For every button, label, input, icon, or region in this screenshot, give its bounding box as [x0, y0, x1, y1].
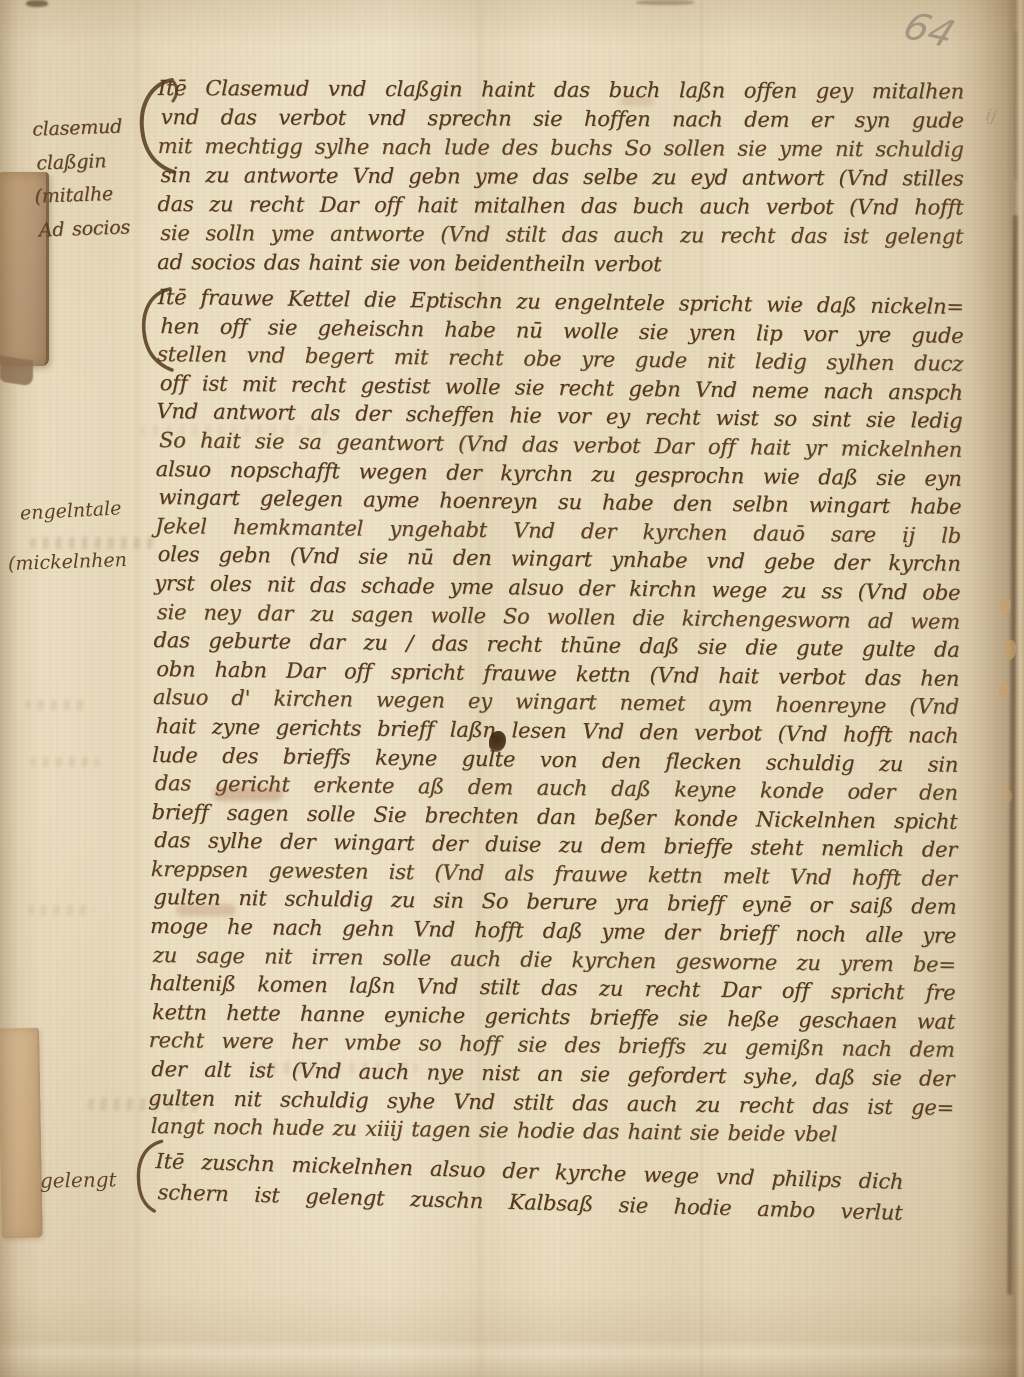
manuscript-line: Itē Clasemud vnd claßgin haint das buch …: [158, 74, 964, 107]
margin-note-parties: clasemudclaßgin(mitalheAd socios: [32, 110, 131, 247]
edge-speck: [26, 0, 48, 7]
fore-edge-line: [1014, 30, 1018, 180]
entry-paragraph-3: Itē zuschn mickelnhen alsuo der kyrche w…: [154, 1146, 903, 1229]
margin-note-engelntale: engelntale: [19, 497, 122, 524]
entry-paragraph-1: Itē Clasemud vnd claßgin haint das buch …: [157, 74, 964, 281]
manuscript-page: 64 ij clasemudclaßgin(mitalheAd socios e…: [0, 0, 1024, 1377]
stain: [620, 96, 654, 106]
bleedthrough-mark: [25, 700, 87, 710]
rust-stain: [213, 787, 283, 801]
manuscript-line: vnd das verbot vnd sprechn sie hoffen na…: [161, 103, 964, 136]
bleedthrough-mark: [30, 757, 100, 767]
margin-note-gelengt: gelengt: [40, 1167, 117, 1192]
margin-note-mickelnhen: (mickelnhen: [8, 549, 128, 575]
gutter-shadow: [0, 0, 18, 1377]
manuscript-line: (mitalhe: [34, 177, 129, 214]
manuscript-line: claßgin: [36, 144, 128, 181]
manuscript-line: sin zu antworte Vnd gebn yme das selbe z…: [160, 161, 963, 194]
manuscript-line: ad socios das haint sie von beidentheiln…: [157, 248, 963, 281]
entry-paragraph-2: Itē frauwe Kettel die Eptischn zu engeln…: [148, 283, 964, 1151]
manuscript-line: mit mechtigg sylhe nach lude des buchs S…: [158, 132, 964, 165]
manuscript-line: clasemud: [32, 110, 127, 147]
bleedthrough-mark: [30, 537, 156, 549]
bleedthrough-mark: [28, 905, 94, 915]
edge-speck: [636, 0, 694, 5]
manuscript-line: Ad socios: [38, 211, 130, 248]
manuscript-line: das zu recht Dar off hait mitalhen das b…: [157, 190, 963, 223]
manuscript-line: sie solln yme antworte (Vnd stilt das au…: [160, 219, 963, 252]
rust-stain: [176, 904, 236, 916]
